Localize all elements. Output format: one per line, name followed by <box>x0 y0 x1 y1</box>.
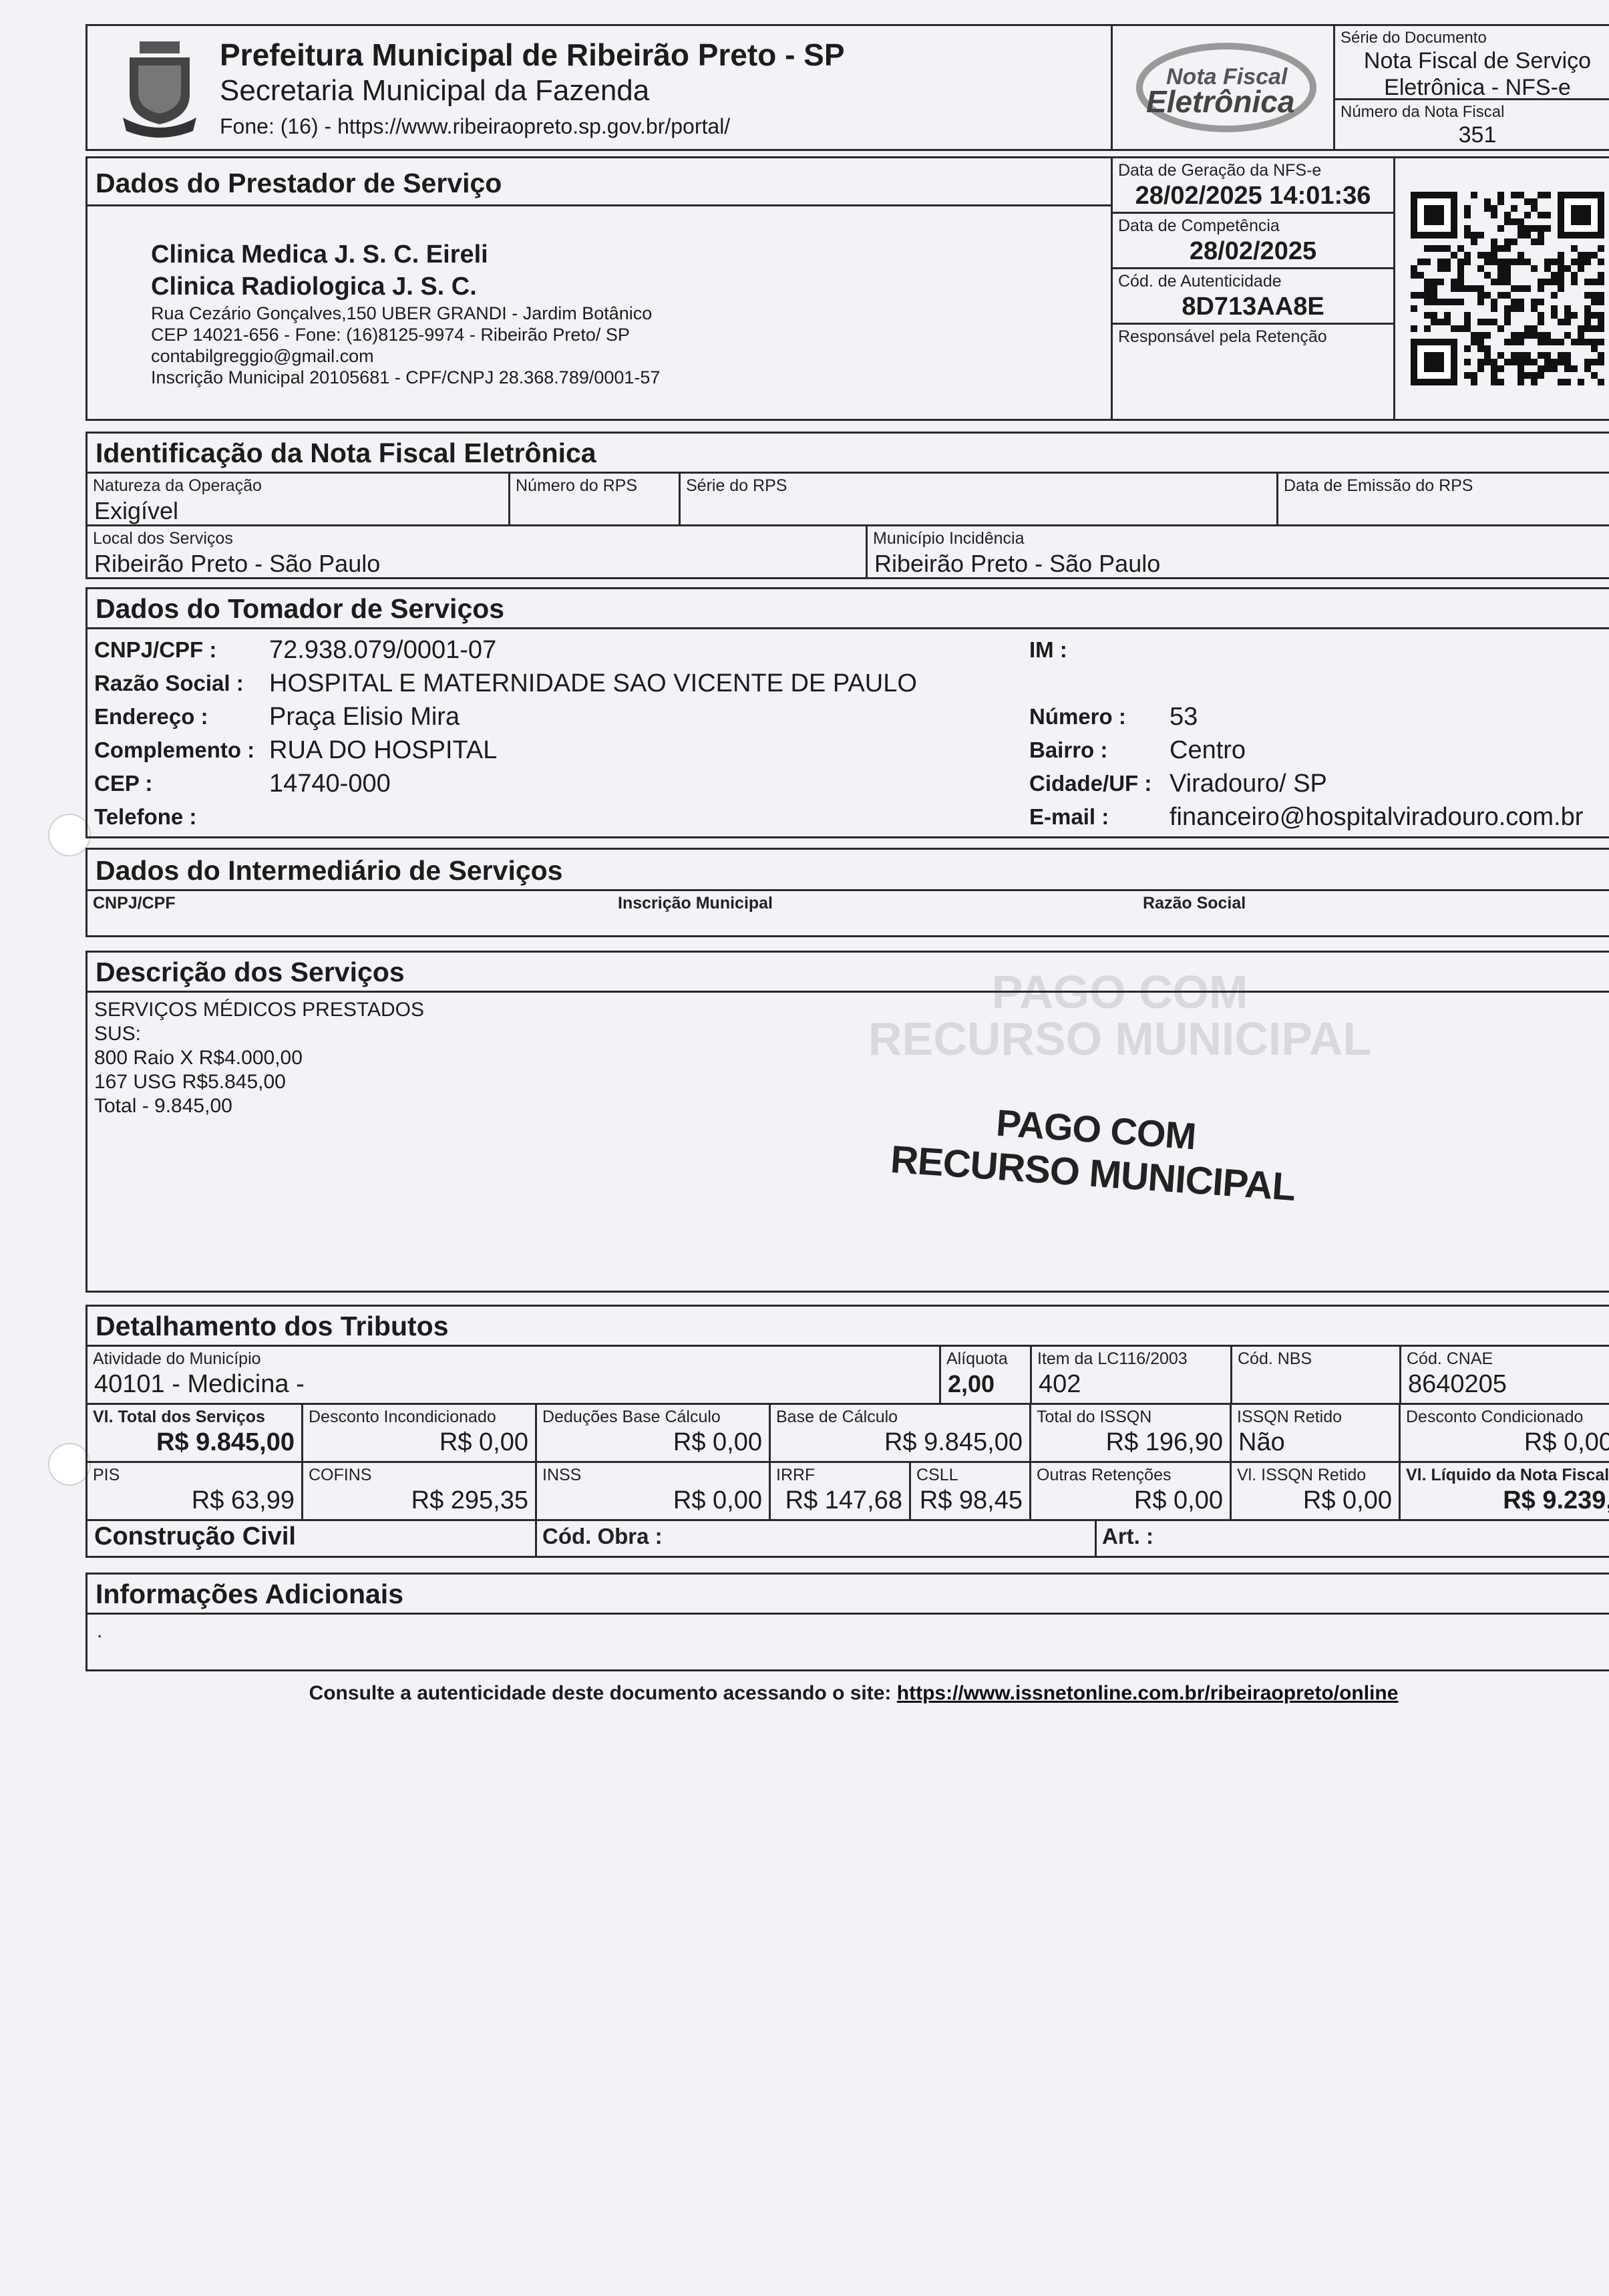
description-line: SUS: <box>94 1022 1609 1046</box>
descricao-title: Descrição dos Serviços <box>87 953 1609 991</box>
tax-cell: Vl. Total dos ServiçosR$ 9.845,00 <box>87 1405 301 1461</box>
tributos-title: Detalhamento dos Tributos <box>87 1307 1609 1345</box>
tax-cell: Deduções Base CálculoR$ 0,00 <box>535 1405 769 1461</box>
activity-label: Atividade do Município <box>87 1347 939 1369</box>
intermediary-registration-label: Inscrição Municipal <box>612 891 1137 935</box>
rps-emission-date-label: Data de Emissão do RPS <box>1278 474 1609 496</box>
cnae-code-label: Cód. CNAE <box>1401 1347 1609 1369</box>
incidence-municipality: Ribeirão Preto - São Paulo <box>868 548 1609 579</box>
tax-cell: Total do ISSQNR$ 196,90 <box>1029 1405 1230 1461</box>
tomador-field: CNPJ/CPF :72.938.079/0001-07 <box>94 633 1029 667</box>
tomador-field: Cidade/UF :Viradouro/ SP <box>1029 767 1609 800</box>
additional-info: . <box>87 1615 1609 1669</box>
art-label: Art. : <box>1097 1521 1609 1549</box>
tax-cell: IRRFR$ 147,68 <box>769 1463 909 1519</box>
informacoes-title: Informações Adicionais <box>87 1575 1609 1613</box>
punch-hole <box>48 814 91 856</box>
rate-value: 2,00 <box>941 1369 1030 1400</box>
intermediario-title: Dados do Intermediário de Serviços <box>87 850 1609 889</box>
rate-label: Alíquota <box>941 1347 1030 1369</box>
tomador-field: Endereço :Praça Elisio Mira <box>94 700 1029 733</box>
tax-cell: PISR$ 63,99 <box>87 1463 301 1519</box>
tomador-field: CEP :14740-000 <box>94 767 1029 800</box>
descricao-section: Descrição dos Serviços SERVIÇOS MÉDICOS … <box>85 951 1609 1293</box>
nfse-logo-icon: Nota Fiscal Eletrônica <box>1126 37 1320 138</box>
provider-name-2: Clinica Radiologica J. S. C. <box>151 271 1111 303</box>
intermediario-section: Dados do Intermediário de Serviços CNPJ/… <box>85 848 1609 937</box>
description-line: 167 USG R$5.845,00 <box>94 1070 1609 1094</box>
retention-responsible <box>1113 347 1393 349</box>
provider-address: Rua Cezário Gonçalves,150 UBER GRANDI - … <box>151 303 1111 324</box>
nature-label: Natureza da Operação <box>87 474 508 496</box>
nature-value: Exigível <box>87 496 508 526</box>
document-header: Prefeitura Municipal de Ribeirão Preto -… <box>85 24 1609 151</box>
qr-code-icon <box>1393 158 1609 419</box>
authenticity-link[interactable]: https://www.issnetonline.com.br/ribeirao… <box>897 1682 1399 1704</box>
prestador-title: Dados do Prestador de Serviço <box>87 158 1111 204</box>
tomador-section: Dados do Tomador de Serviços CNPJ/CPF :7… <box>85 587 1609 838</box>
tomador-field: Complemento :RUA DO HOSPITAL <box>94 733 1029 767</box>
intermediary-cnpj-label: CNPJ/CPF <box>87 891 612 935</box>
tax-cell: Outras RetençõesR$ 0,00 <box>1029 1463 1230 1519</box>
lc-item-label: Item da LC116/2003 <box>1032 1347 1230 1369</box>
incidence-municipality-label: Município Incidência <box>868 526 1609 548</box>
tax-cell: Vl. Líquido da Nota FiscalR$ 9.239, <box>1399 1463 1609 1519</box>
retention-responsible-label: Responsável pela Retenção <box>1113 325 1393 347</box>
nfse-document: Prefeitura Municipal de Ribeirão Preto -… <box>85 24 1609 1705</box>
tax-cell: Desconto IncondicionadoR$ 0,00 <box>301 1405 535 1461</box>
provider-email: contabilgreggio@gmail.com <box>151 345 1111 367</box>
authenticity-text: Consulte a autenticidade deste documento… <box>309 1682 892 1704</box>
cnae-code: 8640205 <box>1401 1369 1609 1400</box>
description-line: Total - 9.845,00 <box>94 1094 1609 1118</box>
work-code-label: Cód. Obra : <box>537 1521 1095 1549</box>
tomador-field: E-mail :financeiro@hospitalviradouro.com… <box>1029 800 1609 834</box>
tomador-im: IM : <box>1029 633 1609 667</box>
competence-date: 28/02/2025 <box>1113 236 1393 267</box>
authenticity-note: Consulte a autenticidade deste documento… <box>85 1682 1609 1705</box>
serie-value-line1: Nota Fiscal de Serviço <box>1335 47 1609 74</box>
tomador-field: Razão Social :HOSPITAL E MATERNIDADE SAO… <box>94 667 1029 700</box>
service-location-label: Local dos Serviços <box>87 526 866 548</box>
tomador-field: Telefone : <box>94 800 1029 834</box>
lc-item-value: 402 <box>1032 1369 1230 1400</box>
auth-code-label: Cód. de Autenticidade <box>1113 269 1393 291</box>
serie-label: Série do Documento <box>1335 26 1609 47</box>
activity-value: 40101 - Medicina - <box>87 1369 939 1400</box>
municipal-crest-icon <box>120 37 200 138</box>
generation-date-label: Data de Geração da NFS-e <box>1113 158 1393 180</box>
serie-value-line2: Eletrônica - NFS-e <box>1335 74 1609 101</box>
service-description: SERVIÇOS MÉDICOS PRESTADOSSUS:800 Raio X… <box>87 993 1609 1124</box>
rps-number-label: Número do RPS <box>510 474 679 496</box>
tax-cell: Desconto CondicionadoR$ 0,00 <box>1399 1405 1609 1461</box>
provider-cep-phone: CEP 14021-656 - Fone: (16)8125-9974 - Ri… <box>151 324 1111 345</box>
rps-series-label: Série do RPS <box>681 474 1276 496</box>
identificacao-section: Identificação da Nota Fiscal Eletrônica … <box>85 432 1609 579</box>
auth-code: 8D713AA8E <box>1113 291 1393 323</box>
municipality-contact: Fone: (16) - https://www.ribeiraopreto.s… <box>220 114 845 139</box>
tomador-fields-right: Número :53Bairro :CentroCidade/UF :Virad… <box>1029 700 1609 834</box>
description-line: SERVIÇOS MÉDICOS PRESTADOS <box>94 998 1609 1022</box>
civil-construction-label: Construção Civil <box>87 1521 535 1552</box>
tax-values-row: Vl. Total dos ServiçosR$ 9.845,00Descont… <box>87 1405 1609 1461</box>
invoice-number-label: Número da Nota Fiscal <box>1335 100 1609 122</box>
municipality-title: Prefeitura Municipal de Ribeirão Preto -… <box>220 37 845 73</box>
nbs-code <box>1232 1369 1399 1371</box>
secretariat-name: Secretaria Municipal da Fazenda <box>220 74 845 108</box>
nbs-code-label: Cód. NBS <box>1232 1347 1399 1369</box>
service-location: Ribeirão Preto - São Paulo <box>87 548 866 579</box>
provider-registration: Inscrição Municipal 20105681 - CPF/CNPJ … <box>151 367 1111 388</box>
tax-cell: Base de CálculoR$ 9.845,00 <box>769 1405 1029 1461</box>
tomador-field: Bairro :Centro <box>1029 733 1609 767</box>
informacoes-section: Informações Adicionais . <box>85 1573 1609 1671</box>
invoice-number: 351 <box>1335 122 1609 148</box>
tomador-title: Dados do Tomador de Serviços <box>87 589 1609 627</box>
tomador-field: Número :53 <box>1029 700 1609 733</box>
tax-cell: CSLLR$ 98,45 <box>909 1463 1029 1519</box>
tax-cell: Vl. ISSQN RetidoR$ 0,00 <box>1230 1463 1399 1519</box>
generation-date: 28/02/2025 14:01:36 <box>1113 180 1393 212</box>
nfse-logo: Nota Fiscal Eletrônica <box>1111 26 1333 149</box>
tax-retentions-row: PISR$ 63,99COFINSR$ 295,35INSSR$ 0,00IRR… <box>87 1463 1609 1519</box>
prestador-section: Dados do Prestador de Serviço Clinica Me… <box>85 156 1609 421</box>
tributos-section: Detalhamento dos Tributos Atividade do M… <box>85 1305 1609 1558</box>
tax-cell: COFINSR$ 295,35 <box>301 1463 535 1519</box>
identificacao-title: Identificação da Nota Fiscal Eletrônica <box>87 434 1609 472</box>
tax-cell: INSSR$ 0,00 <box>535 1463 769 1519</box>
intermediary-name-label: Razão Social <box>1137 891 1609 935</box>
provider-name: Clinica Medica J. S. C. Eireli <box>151 238 1111 271</box>
description-line: 800 Raio X R$4.000,00 <box>94 1046 1609 1070</box>
punch-hole <box>48 1443 91 1486</box>
svg-text:Eletrônica: Eletrônica <box>1146 84 1294 119</box>
tomador-fields-left: CNPJ/CPF :72.938.079/0001-07Razão Social… <box>94 633 1029 834</box>
competence-date-label: Data de Competência <box>1113 214 1393 236</box>
tax-cell: ISSQN RetidoNão <box>1230 1405 1399 1461</box>
